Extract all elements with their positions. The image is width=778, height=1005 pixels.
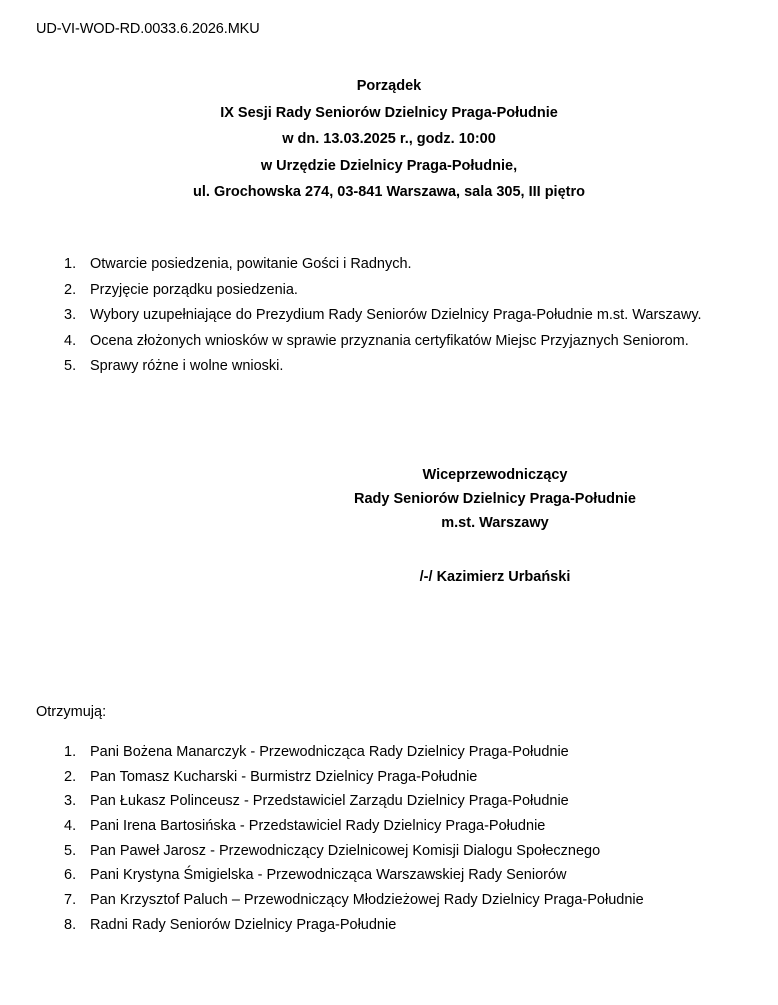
recipient-number: 5. [64,841,90,866]
recipients-label: Otrzymują: [36,702,106,722]
recipient-number: 7. [64,890,90,915]
recipient-item: 6. Pani Krystyna Śmigielska - Przewodnic… [64,865,644,890]
signature-body: Rady Seniorów Dzielnicy Praga-Południe [335,489,655,513]
agenda-item-number: 1. [64,254,90,280]
recipient-text: Pan Łukasz Polinceusz - Przedstawiciel Z… [90,791,569,816]
recipient-number: 1. [64,742,90,767]
recipient-item: 4. Pani Irena Bartosińska - Przedstawici… [64,816,644,841]
agenda-item: 4. Ocena złożonych wniosków w sprawie pr… [64,331,702,357]
heading-place: w Urzędzie Dzielnicy Praga-Południe, [0,156,778,183]
signature-spacer [335,537,655,567]
recipient-number: 2. [64,767,90,792]
signature-city: m.st. Warszawy [335,513,655,537]
agenda-item-number: 4. [64,331,90,357]
signature-block: Wiceprzewodniczący Rady Seniorów Dzielni… [335,465,655,591]
signature-role: Wiceprzewodniczący [335,465,655,489]
recipient-text: Pani Bożena Manarczyk - Przewodnicząca R… [90,742,569,767]
recipient-item: 1. Pani Bożena Manarczyk - Przewodnicząc… [64,742,644,767]
agenda-item-number: 5. [64,356,90,382]
recipient-number: 3. [64,791,90,816]
recipient-item: 7. Pan Krzysztof Paluch – Przewodniczący… [64,890,644,915]
recipient-text: Radni Rady Seniorów Dzielnicy Praga-Połu… [90,915,396,940]
recipient-number: 8. [64,915,90,940]
recipient-item: 8. Radni Rady Seniorów Dzielnicy Praga-P… [64,915,644,940]
recipient-number: 6. [64,865,90,890]
agenda-item: 3. Wybory uzupełniające do Prezydium Rad… [64,305,702,331]
agenda-item-text: Przyjęcie porządku posiedzenia. [90,280,298,306]
recipient-item: 2. Pan Tomasz Kucharski - Burmistrz Dzie… [64,767,644,792]
agenda-item-text: Otwarcie posiedzenia, powitanie Gości i … [90,254,412,280]
recipient-item: 3. Pan Łukasz Polinceusz - Przedstawicie… [64,791,644,816]
recipient-text: Pan Tomasz Kucharski - Burmistrz Dzielni… [90,767,477,792]
recipient-text: Pan Paweł Jarosz - Przewodniczący Dzieln… [90,841,600,866]
agenda-item-text: Sprawy różne i wolne wnioski. [90,356,283,382]
recipient-text: Pani Irena Bartosińska - Przedstawiciel … [90,816,545,841]
recipient-number: 4. [64,816,90,841]
agenda-list: 1. Otwarcie posiedzenia, powitanie Gości… [64,254,702,382]
agenda-item: 1. Otwarcie posiedzenia, powitanie Gości… [64,254,702,280]
agenda-item: 2. Przyjęcie porządku posiedzenia. [64,280,702,306]
recipient-text: Pani Krystyna Śmigielska - Przewodnicząc… [90,865,567,890]
agenda-item: 5. Sprawy różne i wolne wnioski. [64,356,702,382]
reference-number: UD-VI-WOD-RD.0033.6.2026.MKU [36,21,260,37]
recipient-item: 5. Pan Paweł Jarosz - Przewodniczący Dzi… [64,841,644,866]
agenda-item-text: Wybory uzupełniające do Prezydium Rady S… [90,305,702,331]
recipient-text: Pan Krzysztof Paluch – Przewodniczący Mł… [90,890,644,915]
heading-date: w dn. 13.03.2025 r., godz. 10:00 [0,129,778,156]
agenda-item-number: 3. [64,305,90,331]
heading-address: ul. Grochowska 274, 03-841 Warszawa, sal… [0,182,778,209]
document-page: UD-VI-WOD-RD.0033.6.2026.MKU Porządek IX… [0,0,778,1005]
heading-session: IX Sesji Rady Seniorów Dzielnicy Praga-P… [0,103,778,130]
recipients-list: 1. Pani Bożena Manarczyk - Przewodnicząc… [64,742,644,940]
agenda-item-number: 2. [64,280,90,306]
heading-title: Porządek [0,76,778,103]
signature-name: /-/ Kazimierz Urbański [335,567,655,591]
document-heading: Porządek IX Sesji Rady Seniorów Dzielnic… [0,76,778,209]
agenda-item-text: Ocena złożonych wniosków w sprawie przyz… [90,331,689,357]
